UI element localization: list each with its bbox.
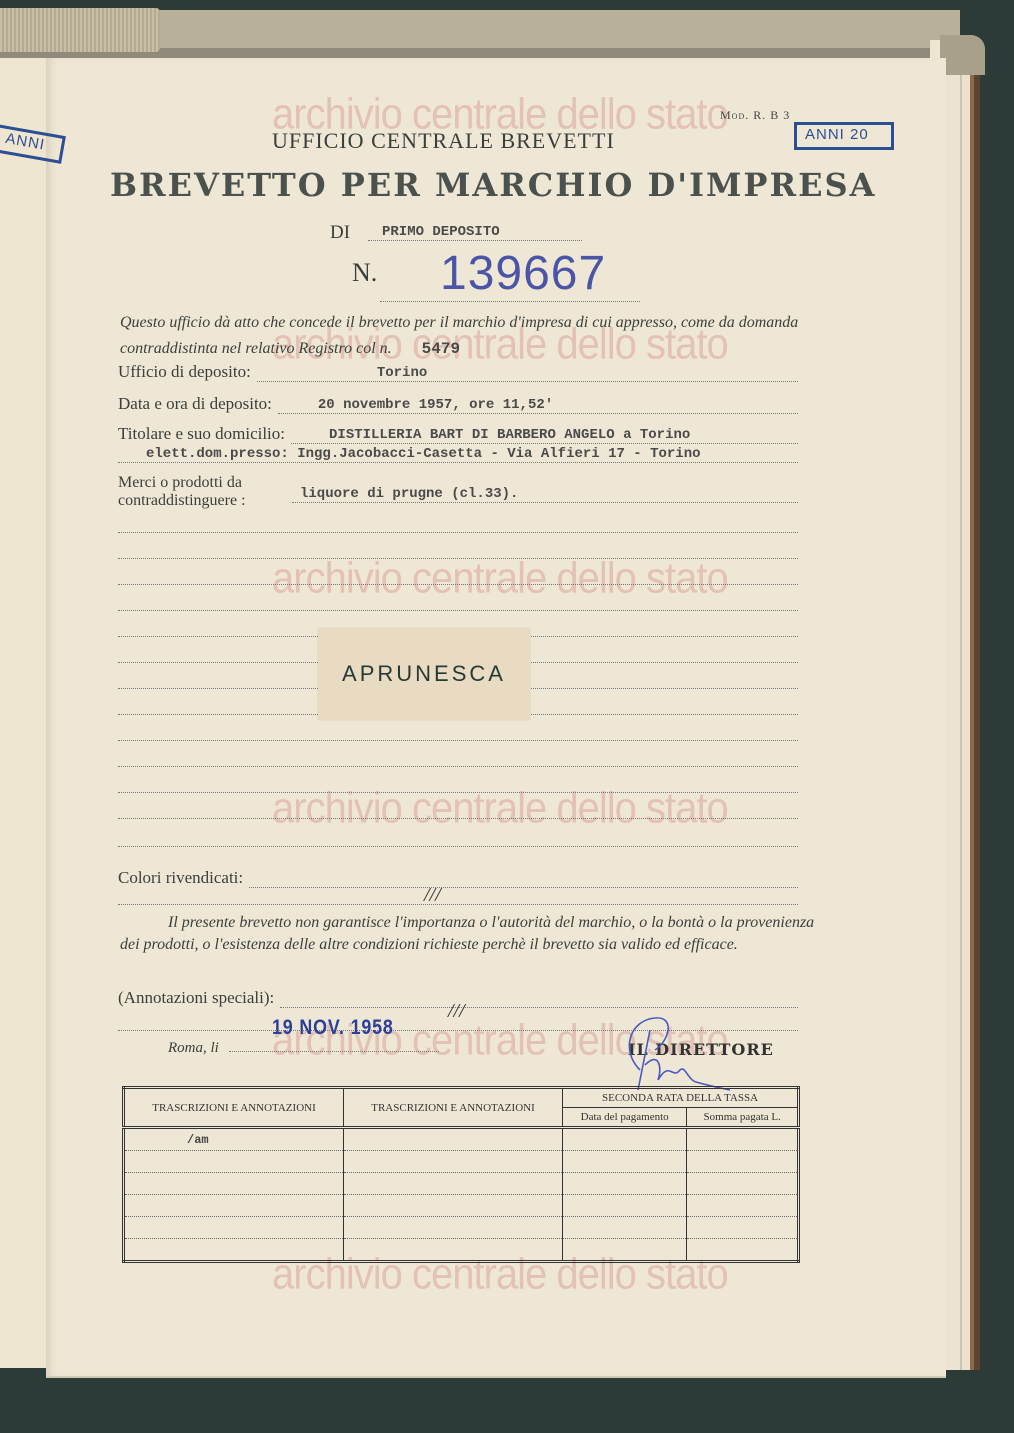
years-stamp: ANNI 20 xyxy=(794,122,894,150)
office-name: UFFICIO CENTRALE BREVETTI xyxy=(272,128,615,154)
disclaimer-text: Il presente brevetto non garantisce l'im… xyxy=(120,912,830,956)
col-header-transcriptions-1: TRASCRIZIONI E ANNOTAZIONI xyxy=(124,1088,344,1128)
ufficio-label: Ufficio di deposito: xyxy=(118,362,251,382)
blank-line xyxy=(118,532,798,533)
table-cell: /am xyxy=(124,1128,344,1151)
issue-date-stamp: 19 NOV. 1958 xyxy=(272,1016,394,1040)
table-row xyxy=(124,1195,799,1217)
table-row xyxy=(124,1239,799,1262)
left-page-edge xyxy=(0,58,48,1368)
field-titolare: Titolare e suo domicilio: DISTILLERIA BA… xyxy=(118,424,798,444)
deposit-type-label: DI xyxy=(330,222,350,244)
field-colori: Colori rivendicati: xyxy=(118,868,798,888)
annotazioni-label: (Annotazioni speciali): xyxy=(118,988,274,1008)
register-number: 5479 xyxy=(422,340,460,358)
document-title: BREVETTO PER MARCHIO D'IMPRESA xyxy=(110,166,876,204)
blank-line xyxy=(118,740,798,741)
merci-label: Merci o prodotti da contraddistinguere : xyxy=(118,474,246,510)
titolare-label: Titolare e suo domicilio: xyxy=(118,424,285,444)
model-code: Mod. R. B 3 xyxy=(720,108,790,123)
binding-tape xyxy=(0,8,160,52)
blank-line xyxy=(118,610,798,611)
patent-number: 139667 xyxy=(380,246,640,302)
watermark: archivio centrale dello stato xyxy=(272,554,728,604)
blank-line xyxy=(118,846,798,847)
merci-value: liquore di prugne (cl.33). xyxy=(292,486,798,503)
ufficio-value: Torino xyxy=(257,365,798,382)
data-value: 20 novembre 1957, ore 11,52' xyxy=(278,397,798,414)
col-header-payment-date: Data del pagamento xyxy=(563,1108,687,1128)
data-label: Data e ora di deposito: xyxy=(118,394,272,414)
field-merci: liquore di prugne (cl.33). xyxy=(292,486,798,503)
domicilio-value: elett.dom.presso: Ingg.Jacobacci-Casetta… xyxy=(118,446,798,463)
binding-corner xyxy=(940,35,985,75)
col-header-second-installment: SECONDA RATA DELLA TASSA xyxy=(563,1088,799,1108)
table-row xyxy=(124,1217,799,1239)
intro-paragraph: Questo ufficio dà atto che concede il br… xyxy=(120,310,830,362)
place-label: Roma, li xyxy=(168,1040,439,1057)
colori-label: Colori rivendicati: xyxy=(118,868,243,888)
field-data: Data e ora di deposito: 20 novembre 1957… xyxy=(118,394,798,414)
titolare-value: DISTILLERIA BART DI BARBERO ANGELO a Tor… xyxy=(291,427,798,444)
blank-line xyxy=(118,766,798,767)
blank-line xyxy=(118,584,798,585)
table-row: /am xyxy=(124,1128,799,1151)
annotazioni-value: /// xyxy=(448,1000,465,1023)
table-row xyxy=(124,1173,799,1195)
blank-line xyxy=(118,818,798,819)
blank-line xyxy=(118,792,798,793)
colori-line xyxy=(249,873,798,888)
transcriptions-table: TRASCRIZIONI E ANNOTAZIONI TRASCRIZIONI … xyxy=(122,1086,800,1263)
deposit-type-value: PRIMO DEPOSITO xyxy=(368,224,582,241)
col-header-amount-paid: Somma pagata L. xyxy=(687,1108,799,1128)
blank-line xyxy=(118,904,798,905)
table-row xyxy=(124,1151,799,1173)
col-header-transcriptions-2: TRASCRIZIONI E ANNOTAZIONI xyxy=(344,1088,563,1128)
blank-line xyxy=(118,558,798,559)
trademark-label: APRUNESCA xyxy=(318,628,530,720)
annotazioni-line xyxy=(280,993,798,1008)
field-ufficio: Ufficio di deposito: Torino xyxy=(118,362,798,382)
field-domicilio: elett.dom.presso: Ingg.Jacobacci-Casetta… xyxy=(118,446,798,463)
patent-number-label: N. xyxy=(352,258,377,288)
